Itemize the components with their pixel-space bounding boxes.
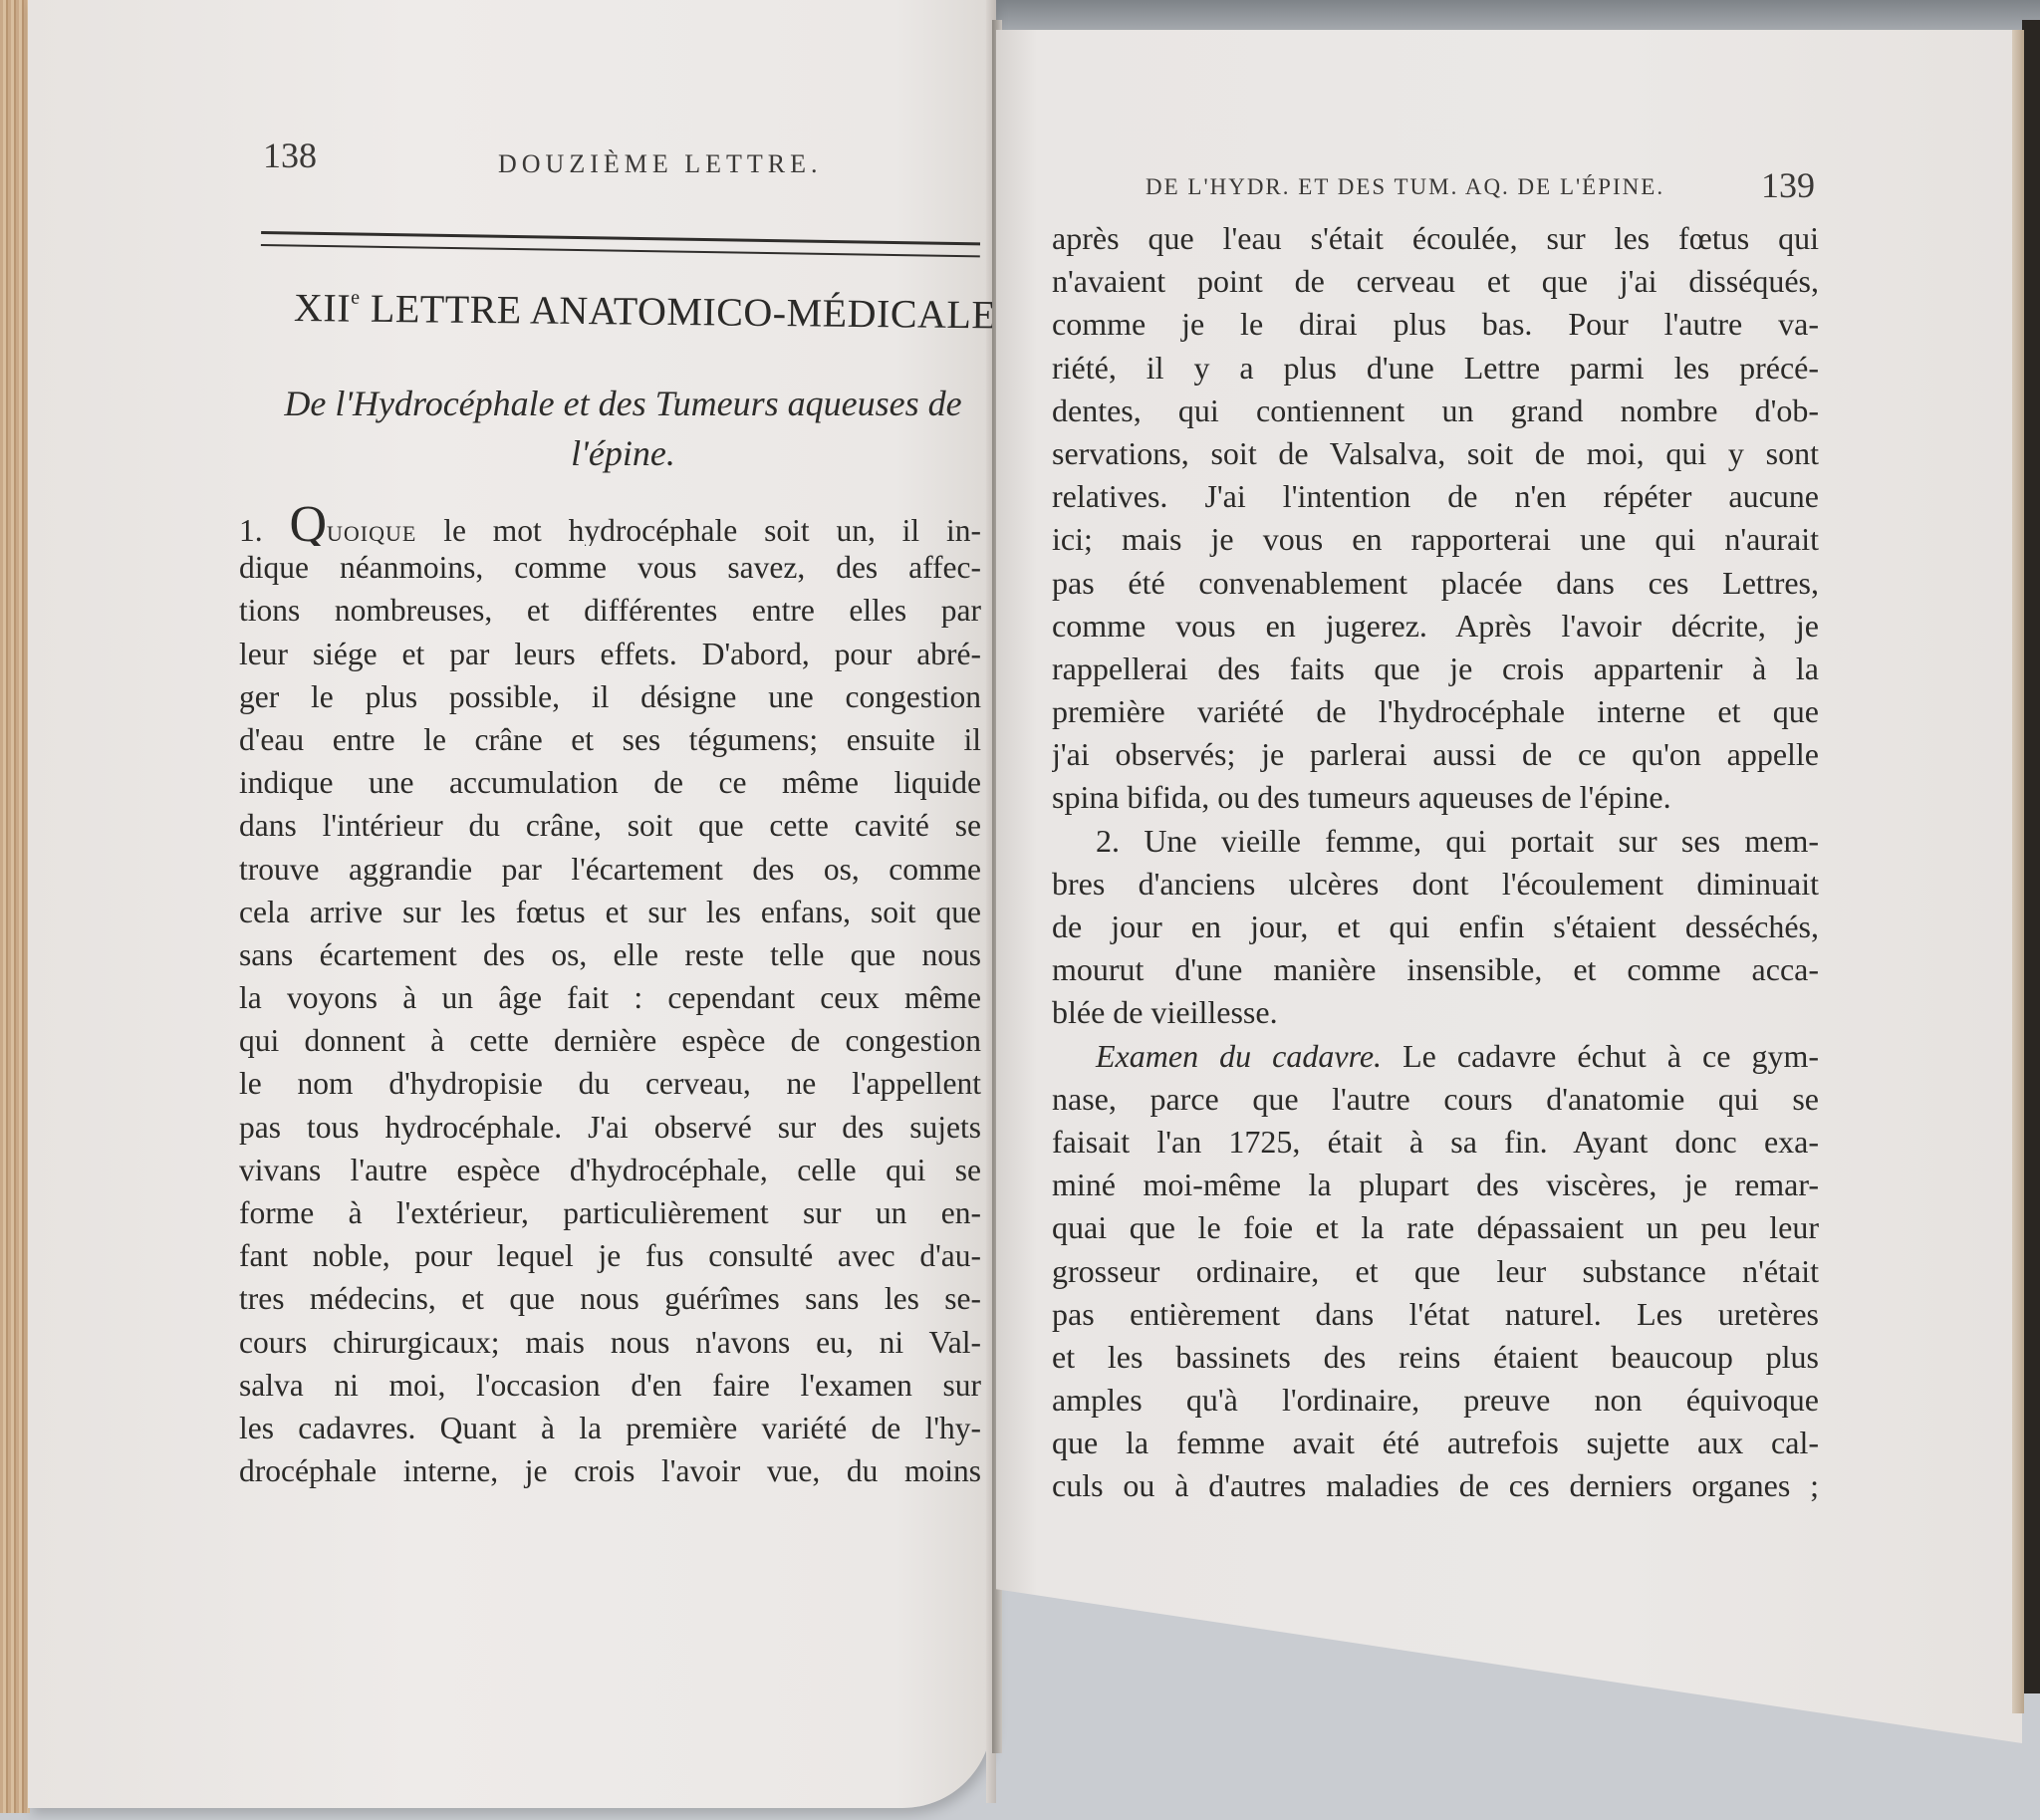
text-line: les cadavres. Quant à la première variét… <box>239 1407 981 1449</box>
text-line: blée de vieillesse. <box>1052 991 1819 1034</box>
text-line: fant noble, pour lequel je fus consulté … <box>239 1234 981 1277</box>
text-line: de jour en jour, et qui enfin s'étaient … <box>1052 906 1819 948</box>
text-line: tres médecins, et que nous guérîmes sans… <box>239 1277 981 1320</box>
text-line: dans l'intérieur du crâne, soit que cett… <box>239 804 981 847</box>
text-line: culs ou à d'autres maladies de ces derni… <box>1052 1464 1819 1507</box>
text-line: ici; mais je vous en rapporterai une qui… <box>1052 518 1819 561</box>
text-line: après que l'eau s'était écoulée, sur les… <box>1052 217 1819 260</box>
text-line: tions nombreuses, et différentes entre e… <box>239 589 981 632</box>
text-line: vivans l'autre espèce d'hydrocéphale, ce… <box>239 1149 981 1191</box>
text-line: la voyons à un âge fait : cependant ceux… <box>239 976 981 1019</box>
text-line: faisait l'an 1725, était à sa fin. Ayant… <box>1052 1121 1819 1164</box>
right-page-edge <box>2012 30 2024 1713</box>
text-line: pas entièrement dans l'état naturel. Les… <box>1052 1293 1819 1336</box>
text-line: leur siége et par leurs effets. D'abord,… <box>239 633 981 675</box>
page-block-edges <box>0 0 30 1813</box>
open-book-photo: 138 Douzième lettre. XIIe LETTRE ANATOMI… <box>0 0 2040 1820</box>
text-line: pas été convenablement placée dans ces L… <box>1052 562 1819 605</box>
left-text-column: 1. Quoique le mot hydrocéphale soit un, … <box>239 503 981 1492</box>
text-line: première variété de l'hydrocéphale inter… <box>1052 690 1819 733</box>
text-line: comme vous en jugerez. Après l'avoir déc… <box>1052 605 1819 648</box>
text-line: salva ni moi, l'occasion d'en faire l'ex… <box>239 1364 981 1407</box>
paragraph-number: 1. <box>239 513 263 546</box>
text-line: d'eau entre le crâne et ses tégumens; en… <box>239 718 981 761</box>
text-line: nase, parce que l'autre cours d'anatomie… <box>1052 1078 1819 1121</box>
text-line: amples qu'à l'ordinaire, preuve non équi… <box>1052 1379 1819 1422</box>
page-number-left: 138 <box>263 134 317 176</box>
text-line: dique néanmoins, comme vous savez, des a… <box>239 546 981 589</box>
text-line: bres d'anciens ulcères dont l'écoulement… <box>1052 863 1819 906</box>
text-line: qui donnent à cette dernière espèce de c… <box>239 1019 981 1062</box>
text-line: 1. Quoique le mot hydrocéphale soit un, … <box>239 503 981 546</box>
chapter-subtitle: De l'Hydrocéphale et des Tumeurs aqueuse… <box>257 379 989 478</box>
text-line: miné moi-même la plupart des viscères, j… <box>1052 1164 1819 1206</box>
text-line: ger le plus possible, il désigne une con… <box>239 675 981 718</box>
text-line: spina bifida, ou des tumeurs aqueuses de… <box>1052 776 1819 819</box>
text-line: relatives. J'ai l'intention de n'en répé… <box>1052 475 1819 518</box>
text-line: mourut d'une manière insensible, et comm… <box>1052 948 1819 991</box>
text-line: comme je le dirai plus bas. Pour l'autre… <box>1052 303 1819 346</box>
right-text-column: après que l'eau s'était écoulée, sur les… <box>1052 217 1819 1508</box>
text-line: 2. Une vieille femme, qui portait sur se… <box>1052 820 1819 863</box>
text-line: et les bassinets des reins étaient beauc… <box>1052 1336 1819 1379</box>
text-line: quai que le foie et la rate dépassaient … <box>1052 1206 1819 1249</box>
text-line: riété, il y a plus d'une Lettre parmi le… <box>1052 347 1819 390</box>
text-line: servations, soit de Valsalva, soit de mo… <box>1052 432 1819 475</box>
book-cover-edge <box>2022 20 2040 1693</box>
text-line: rappellerai des faits que je crois appar… <box>1052 648 1819 690</box>
text-line: que la femme avait été autrefois sujette… <box>1052 1422 1819 1464</box>
running-head-left: Douzième lettre. <box>498 149 823 179</box>
text-line: trouve aggrandie par l'écartement des os… <box>239 848 981 891</box>
drop-cap: Q <box>289 503 327 546</box>
text-line: grosseur ordinaire, et que leur substanc… <box>1052 1250 1819 1293</box>
text-line: cours chirurgicaux; mais nous n'avons eu… <box>239 1321 981 1364</box>
text-line: pas tous hydrocéphale. J'ai observé sur … <box>239 1106 981 1149</box>
text-line: j'ai observés; je parlerai aussi de ce q… <box>1052 733 1819 776</box>
chapter-title: XIIe LETTRE ANATOMICO-MÉDICALE. <box>294 284 991 338</box>
text-line: sans écartement des os, elle reste telle… <box>239 933 981 976</box>
subtitle-line: De l'Hydrocéphale et des Tumeurs aqueuse… <box>257 379 989 428</box>
chapter-roman-numeral: XII <box>294 285 351 331</box>
text-line: cela arrive sur les fœtus et sur les enf… <box>239 891 981 933</box>
page-number-right: 139 <box>1761 164 1815 206</box>
text-line: forme à l'extérieur, particulièrement su… <box>239 1191 981 1234</box>
first-word: uoique <box>327 513 416 546</box>
running-head-right: De l'hydr. et des tum. aq. de l'épine. <box>1146 174 1664 200</box>
backdrop <box>996 0 2040 30</box>
italic-lead: Examen du cadavre. <box>1096 1038 1382 1074</box>
text-line: le nom d'hydropisie du cerveau, ne l'app… <box>239 1062 981 1105</box>
text-line: Examen du cadavre. Le cadavre échut à ce… <box>1052 1035 1819 1078</box>
text-line: dentes, qui contiennent un grand nombre … <box>1052 390 1819 432</box>
text-line: drocéphale interne, je crois l'avoir vue… <box>239 1449 981 1492</box>
text-line: n'avaient point de cerveau et que j'ai d… <box>1052 260 1819 303</box>
text-line: indique une accumulation de ce même liqu… <box>239 761 981 804</box>
chapter-title-text: LETTRE ANATOMICO-MÉDICALE. <box>360 286 1007 338</box>
subtitle-line: l'épine. <box>257 428 989 478</box>
